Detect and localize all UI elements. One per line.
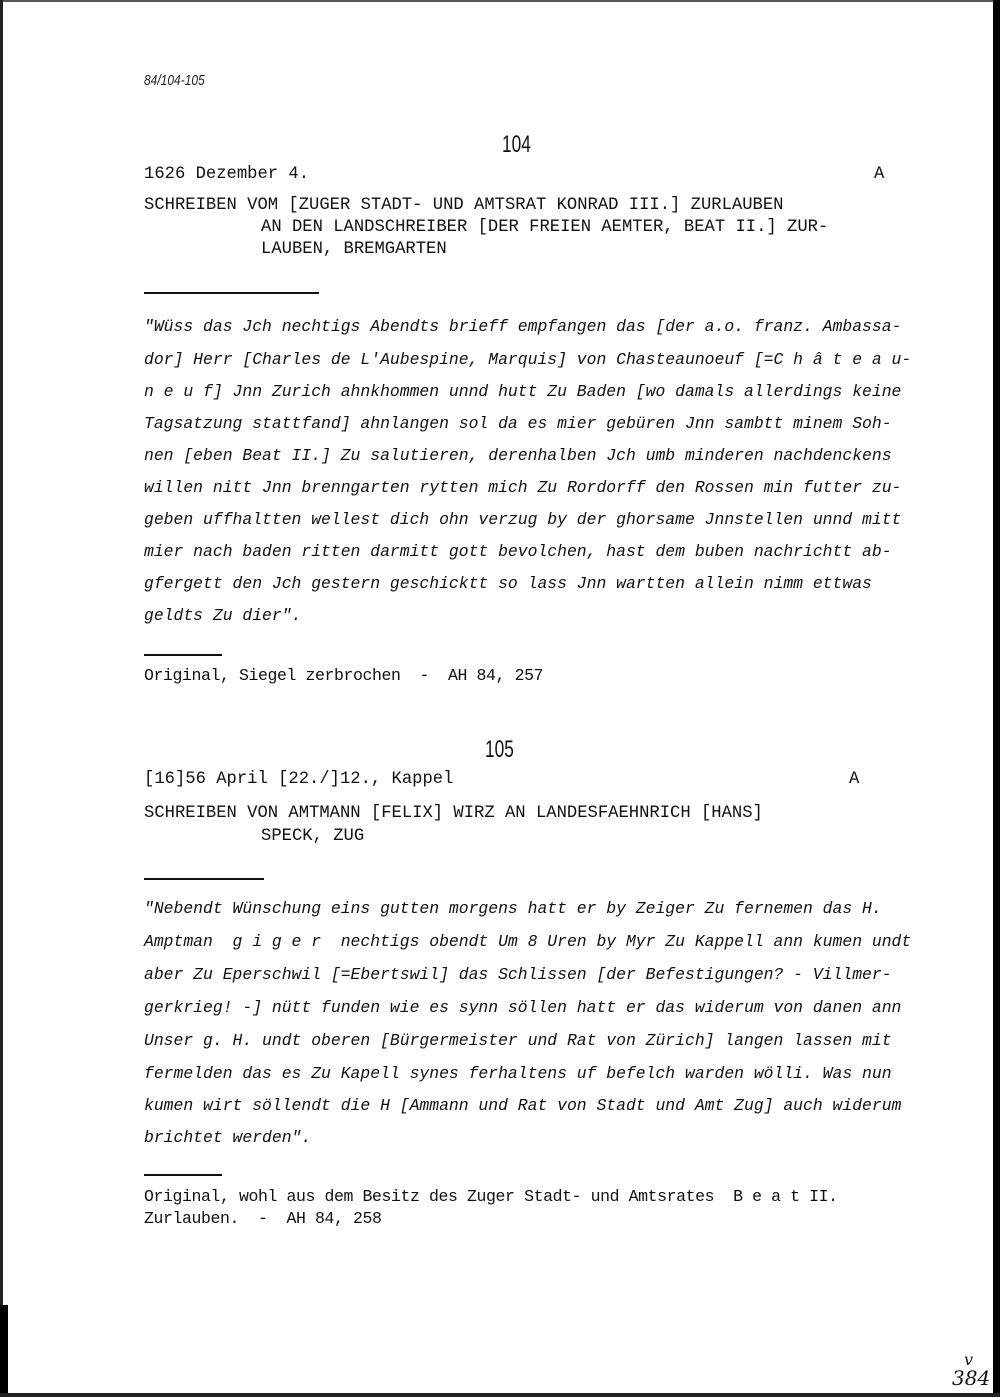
- quote-line: gfergett den Jch gestern geschicktt so l…: [144, 574, 872, 593]
- quote-line: dor] Herr [Charles de L'Aubespine, Marqu…: [144, 350, 911, 369]
- entry-title-line: SCHREIBEN VON AMTMANN [FELIX] WIRZ AN LA…: [144, 804, 763, 823]
- quote-line: aber Zu Eperschwil [=Ebertswil] das Schl…: [144, 965, 892, 984]
- entry-date: [16]56 April [22./]12., Kappel: [144, 770, 453, 789]
- handwritten-page-number: 384: [952, 1366, 990, 1390]
- quote-line: "Nebendt Wünschung eins gutten morgens h…: [144, 899, 882, 918]
- scan-edge-right: [993, 0, 1000, 1397]
- separator-rule: [144, 292, 319, 294]
- scan-edge-top: [0, 0, 1000, 2]
- entry-category: A: [849, 770, 859, 789]
- source-note: Zurlauben. - AH 84, 258: [144, 1209, 382, 1228]
- document-page: 84/104-105 104 1626 Dezember 4. A SCHREI…: [0, 0, 1000, 1397]
- entry-number: 105: [485, 736, 514, 764]
- quote-line: willen nitt Jnn brenngarten rytten mich …: [144, 478, 901, 497]
- separator-rule: [144, 1174, 222, 1176]
- separator-rule: [144, 878, 264, 880]
- quote-line: brichtet werden".: [144, 1128, 311, 1147]
- quote-line: Amptman g i g e r nechtigs obendt Um 8 U…: [144, 932, 911, 951]
- scan-edge-left: [0, 0, 3, 1397]
- quote-line: n e u f] Jnn Zurich ahnkhommen unnd hutt…: [144, 382, 901, 401]
- entry-category: A: [874, 165, 884, 184]
- source-note: Original, wohl aus dem Besitz des Zuger …: [144, 1187, 838, 1206]
- entry-number: 104: [502, 131, 531, 159]
- entry-date: 1626 Dezember 4.: [144, 165, 309, 184]
- entry-title-line: LAUBEN, BREMGARTEN: [261, 240, 447, 259]
- quote-line: fermelden das es Zu Kapell synes ferhalt…: [144, 1064, 892, 1083]
- quote-line: "Wüss das Jch nechtigs Abendts brieff em…: [144, 317, 901, 336]
- scan-edge-bottom: [0, 1393, 1000, 1397]
- quote-line: nen [eben Beat II.] Zu salutieren, deren…: [144, 446, 892, 465]
- quote-line: mier nach baden ritten darmitt gott bevo…: [144, 542, 892, 561]
- source-note: Original, Siegel zerbrochen - AH 84, 257: [144, 666, 543, 685]
- separator-rule: [144, 654, 222, 656]
- entry-title-line: AN DEN LANDSCHREIBER [DER FREIEN AEMTER,…: [261, 218, 828, 237]
- quote-line: kumen wirt söllendt die H [Ammann und Ra…: [144, 1096, 901, 1115]
- quote-line: gerkrieg! -] nütt funden wie es synn söl…: [144, 998, 901, 1017]
- page-reference: 84/104-105: [144, 72, 205, 89]
- entry-title-line: SPECK, ZUG: [261, 827, 364, 846]
- quote-line: geldts Zu dier".: [144, 606, 301, 625]
- quote-line: geben uffhaltten wellest dich ohn verzug…: [144, 510, 901, 529]
- entry-title-line: SCHREIBEN VOM [ZUGER STADT- UND AMTSRAT …: [144, 196, 783, 215]
- scan-edge-left-bottom: [0, 1305, 8, 1397]
- quote-line: Unser g. H. undt oberen [Bürgermeister u…: [144, 1031, 892, 1050]
- quote-line: Tagsatzung stattfand] ahnlangen sol da e…: [144, 414, 892, 433]
